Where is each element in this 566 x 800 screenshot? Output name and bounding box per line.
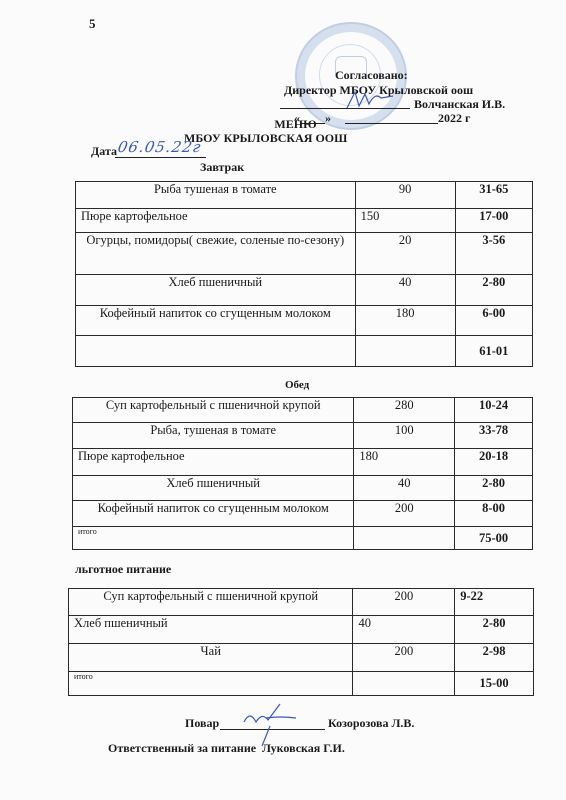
date-label: Дата: [91, 144, 117, 159]
table-row: Суп картофельный с пшеничной крупой2009-…: [69, 589, 534, 616]
total-quantity: [354, 527, 455, 550]
date-line: [115, 157, 206, 158]
dish-price: 17-00: [455, 209, 532, 233]
dish-price: 2-80: [455, 616, 534, 644]
dish-price: 33-78: [455, 423, 533, 449]
dish-price: 2-80: [455, 275, 532, 306]
dish-quantity: 280: [354, 398, 455, 423]
lunch-title: Обед: [285, 379, 309, 391]
dish-name: Кофейный напиток со сгущенным молоком: [73, 501, 354, 527]
director-name: Волчанская И.В.: [414, 97, 505, 112]
total-row: итого15-00: [69, 672, 534, 696]
total-price: 75-00: [455, 527, 533, 550]
benefit-meals-title: льготное питание: [75, 562, 171, 577]
table-row: Рыба тушеная в томате9031-65: [76, 182, 533, 209]
table-row: Пюре картофельное18020-18: [73, 449, 533, 476]
dish-quantity: 200: [354, 501, 455, 527]
total-price: 61-01: [455, 336, 532, 367]
dish-name: Кофейный напиток со сгущенным молоком: [76, 306, 356, 336]
total-quantity: [355, 336, 455, 367]
dish-name: Хлеб пшеничный: [69, 616, 353, 644]
table-row: Рыба, тушеная в томате10033-78: [73, 423, 533, 449]
dish-quantity: 200: [353, 644, 455, 672]
dish-name: Суп картофельный с пшеничной крупой: [69, 589, 353, 616]
dish-quantity: 20: [355, 233, 455, 275]
dish-name: Рыба, тушеная в томате: [73, 423, 354, 449]
dish-quantity: 40: [353, 616, 455, 644]
director-signature-icon: [345, 88, 395, 112]
cook-name: Козорозова Л.В.: [328, 716, 414, 731]
dish-name: Суп картофельный с пшеничной крупой: [73, 398, 354, 423]
breakfast-table: Рыба тушеная в томате9031-65Пюре картофе…: [75, 181, 533, 367]
table-row: Суп картофельный с пшеничной крупой28010…: [73, 398, 533, 423]
page-number: 5: [89, 16, 96, 32]
table-row: Хлеб пшеничный402-80: [76, 275, 533, 306]
dish-price: 20-18: [455, 449, 533, 476]
dish-quantity: 100: [354, 423, 455, 449]
table-row: Пюре картофельное15017-00: [76, 209, 533, 233]
table-row: Хлеб пшеничный402-80: [69, 616, 534, 644]
dish-price: 2-98: [455, 644, 534, 672]
dish-price: 6-00: [455, 306, 532, 336]
responsible-name: Луковская Г.И.: [262, 741, 345, 756]
total-label: [76, 336, 356, 367]
dish-price: 10-24: [455, 398, 533, 423]
dish-quantity: 200: [353, 589, 455, 616]
total-label: итого: [69, 672, 353, 696]
date-value: 06.05.22г: [116, 138, 203, 156]
dish-name: Чай: [69, 644, 353, 672]
table-row: Кофейный напиток со сгущенным молоком180…: [76, 306, 533, 336]
table-row: Чай2002-98: [69, 644, 534, 672]
lunch-table: Суп картофельный с пшеничной крупой28010…: [72, 397, 533, 550]
dish-name: Хлеб пшеничный: [76, 275, 356, 306]
cook-label: Повар: [185, 716, 219, 731]
table-row: Кофейный напиток со сгущенным молоком200…: [73, 501, 533, 527]
breakfast-title: Завтрак: [200, 160, 244, 175]
dish-price: 3-56: [455, 233, 532, 275]
table-row: Хлеб пшеничный402-80: [73, 476, 533, 501]
dish-price: 8-00: [455, 501, 533, 527]
dish-quantity: 40: [355, 275, 455, 306]
responsible-label: Ответственный за питание: [108, 741, 256, 756]
school-name: МБОУ КРЫЛОВСКАЯ ООШ: [184, 131, 347, 146]
dish-name: Хлеб пшеничный: [73, 476, 354, 501]
dish-name: Огурцы, помидоры( свежие, соленые по-сез…: [76, 233, 356, 275]
total-quantity: [353, 672, 455, 696]
dish-quantity: 90: [355, 182, 455, 209]
total-row: 61-01: [76, 336, 533, 367]
total-label: итого: [73, 527, 354, 550]
dish-quantity: 150: [355, 209, 455, 233]
dish-price: 2-80: [455, 476, 533, 501]
dish-name: Пюре картофельное: [73, 449, 354, 476]
dish-quantity: 180: [355, 306, 455, 336]
menu-title: МЕНЮ: [0, 117, 566, 132]
total-row: итого75-00: [73, 527, 533, 550]
table-row: Огурцы, помидоры( свежие, соленые по-сез…: [76, 233, 533, 275]
dish-quantity: 180: [354, 449, 455, 476]
dish-name: Рыба тушеная в томате: [76, 182, 356, 209]
dish-price: 9-22: [455, 589, 534, 616]
benefit-meals-table: Суп картофельный с пшеничной крупой2009-…: [68, 588, 534, 696]
total-price: 15-00: [455, 672, 534, 696]
dish-quantity: 40: [354, 476, 455, 501]
approval-title: Согласовано:: [335, 68, 408, 83]
dish-name: Пюре картофельное: [76, 209, 356, 233]
dish-price: 31-65: [455, 182, 532, 209]
